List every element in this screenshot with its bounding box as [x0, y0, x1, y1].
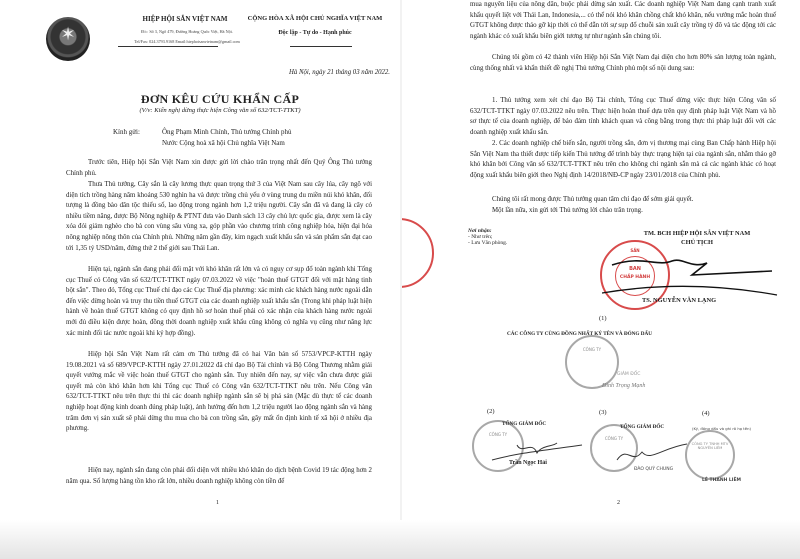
- signer-title: (Ký, đóng dấu và ghi rõ họ tên): [692, 426, 751, 431]
- paragraph: Một lần nữa, xin gửi tới Thủ tướng lời c…: [470, 206, 776, 217]
- org-contact: Tel/Fax: 024.3793.9168 Email:hiephoisanv…: [92, 39, 282, 44]
- signer-name: Trần Ngọc Hải: [509, 460, 547, 466]
- paragraph: 1. Thủ tướng xem xét chỉ đạo Bộ Tài chín…: [470, 96, 776, 138]
- companies-heading: CÁC CÔNG TY CÙNG ĐỒNG NHẤT KÝ TÊN VÀ ĐÓN…: [507, 331, 652, 337]
- recipients-block: Nơi nhận: - Như trên; - Lưu Văn phòng.: [468, 228, 507, 246]
- recipient-line: Nước Cộng hoà xã hội Chủ nghĩa Việt Nam: [162, 139, 285, 147]
- signer-title: TỔNG GIÁM ĐỐC: [620, 424, 664, 430]
- page-number: 2: [617, 500, 620, 506]
- signer-title: GIÁM ĐỐC: [617, 372, 640, 377]
- document-page-2: mua nguyên liệu của nông dân, buộc phải …: [402, 0, 800, 540]
- signer-name: Đinh Trọng Mạnh: [602, 383, 645, 389]
- signer-number: (2): [487, 408, 495, 415]
- company-stamp: CÔNG TY: [565, 335, 619, 389]
- partial-red-stamp: [402, 218, 434, 288]
- signer-number: (4): [702, 410, 710, 417]
- recipient-item: - Lưu Văn phòng.: [468, 240, 507, 246]
- viewer-bottom-shadow: [0, 520, 800, 559]
- signer-name: ĐÀO QUÝ CHUNG: [634, 467, 673, 472]
- paragraph: Hiện tại, ngành sắn đang phải đối mặt vớ…: [66, 265, 372, 339]
- paragraph: Chúng tôi rất mong được Thủ tướng quan t…: [470, 195, 776, 206]
- paragraph: Trước tiên, Hiệp hội Sắn Việt Nam xin đư…: [66, 158, 372, 179]
- recipient-line: Ông Phạm Minh Chính, Thủ tướng Chính phủ: [162, 128, 292, 136]
- nation-title: CỘNG HÒA XÃ HỘI CHỦ NGHĨA VIỆT NAM: [240, 15, 390, 22]
- paragraph: mua nguyên liệu của nông dân, buộc phải …: [470, 0, 776, 42]
- signer-title: TỔNG GIÁM ĐỐC: [502, 421, 546, 427]
- motto-divider: [290, 46, 352, 47]
- paragraph: Hiệp hội Sắn Việt Nam rất cảm ơn Thủ tướ…: [66, 350, 372, 435]
- signer-signature: [612, 440, 692, 468]
- nation-motto: Độc lập - Tự do - Hạnh phúc: [260, 30, 370, 36]
- chairman-name: TS. NGUYỄN VĂN LẠNG: [642, 297, 716, 304]
- company-stamp: CÔNG TY TNHH MTV NGUYÊN LIÊM: [685, 430, 735, 480]
- paragraph: Chúng tôi gồm có 42 thành viên Hiệp hội …: [470, 53, 776, 74]
- header-divider: [118, 46, 218, 47]
- paragraph: Hiện nay, ngành sắn đang còn phải đối di…: [66, 466, 372, 487]
- logo-star-icon: ✶: [56, 22, 80, 46]
- org-address: Đ/c: Số 3, Ngõ 479, Đường Hoàng Quốc Việ…: [92, 29, 282, 34]
- document-title: ĐƠN KÊU CỨU KHẨN CẤP: [0, 92, 400, 107]
- paragraph: 2. Các doanh nghiệp chế biến sắn, người …: [470, 139, 776, 181]
- recipient-label: Kính gửi:: [113, 128, 140, 136]
- signer-number: (1): [599, 315, 607, 322]
- page-number: 1: [216, 500, 219, 506]
- document-page-1: ✶ HIỆP HỘI SẮN VIỆT NAM Đ/c: Số 3, Ngõ 4…: [0, 0, 400, 540]
- signer-number: (3): [599, 409, 607, 416]
- chairman-signature: [602, 245, 782, 300]
- document-date: Hà Nội, ngày 21 tháng 03 năm 2022.: [240, 69, 390, 76]
- document-subtitle: (V/v: Kiến nghị dừng thực hiện Công văn …: [0, 107, 400, 114]
- paragraph: Thưa Thủ tướng, Cây sắn là cây lương thự…: [66, 180, 372, 254]
- signer-name: LÊ THANH LIÊM: [702, 478, 741, 483]
- org-name: HIỆP HỘI SẮN VIỆT NAM: [120, 15, 250, 23]
